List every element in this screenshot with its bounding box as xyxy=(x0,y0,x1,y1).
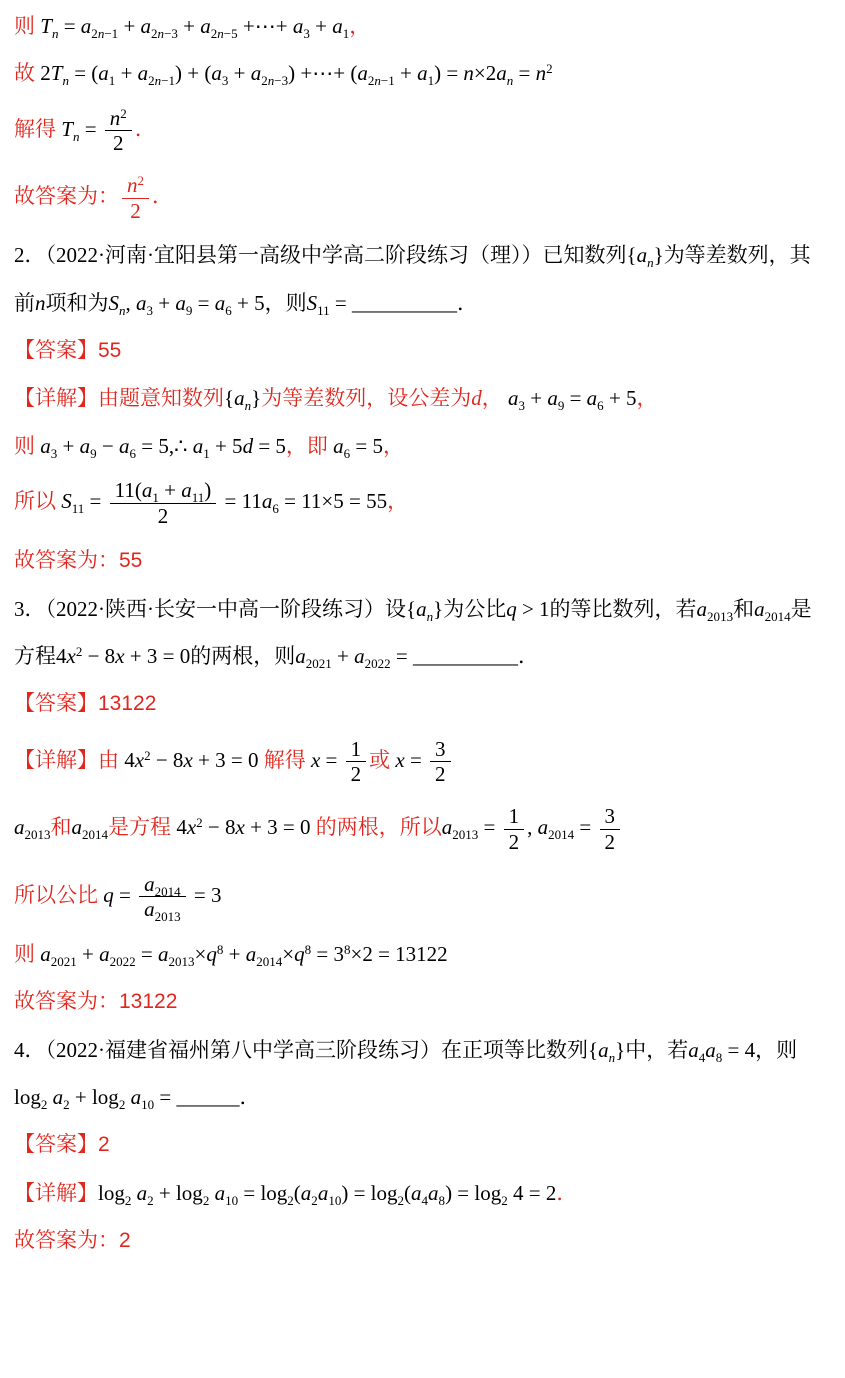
math-run: a4a8 = 4 xyxy=(688,1038,755,1062)
subscript: n xyxy=(52,26,59,41)
math-variable: a xyxy=(99,942,110,966)
math-variable: a xyxy=(333,434,344,458)
text-run: __________． xyxy=(352,291,478,315)
text-run: 2．（2022·河南·宜阳县第一高级中学高二阶段练习（理））已知数列 xyxy=(14,243,626,267)
math-run: x = xyxy=(390,748,427,772)
text-run: 所以 xyxy=(14,489,56,513)
text-run: __________． xyxy=(413,644,539,668)
fraction-numerator: 11(a1 + a11) xyxy=(110,479,217,504)
math-variable: a xyxy=(81,14,92,38)
math-variable: x xyxy=(183,748,192,772)
subscript: 11 xyxy=(72,501,85,516)
math-run: a2013 = xyxy=(442,815,501,839)
subscript: 6 xyxy=(344,446,351,461)
math-variable: a xyxy=(354,644,365,668)
subscript: n xyxy=(647,255,654,270)
math-variable: x xyxy=(135,748,144,772)
document-line: 解得 Tn = n22． xyxy=(14,107,829,155)
fraction: n22 xyxy=(122,174,149,222)
text-run: 项和为 xyxy=(46,291,109,315)
document-line: 故答案为：13122 xyxy=(14,987,829,1016)
subscript: 1 xyxy=(428,73,435,88)
math-variable: a xyxy=(175,291,186,315)
document-line: 【答案】2 xyxy=(14,1130,829,1159)
math-variable: a xyxy=(53,1085,64,1109)
text-run: 故答案为： xyxy=(14,184,119,208)
subscript: 3 xyxy=(51,446,58,461)
math-variable: T xyxy=(61,117,73,141)
superscript: 2 xyxy=(76,644,83,659)
superscript: 2 xyxy=(546,61,553,76)
subscript: 2013 xyxy=(707,609,733,624)
text-run: 55 xyxy=(119,549,142,572)
math-variable: a xyxy=(98,61,109,85)
fraction-numerator: n2 xyxy=(122,174,149,199)
document-line: 【详解】log2 a2 + log2 a10 = log2(a2a10) = l… xyxy=(14,1179,829,1207)
subscript: 2022 xyxy=(110,954,136,969)
document-line: 方程4x2 − 8x + 3 = 0的两根，则a2021 + a2022 = _… xyxy=(14,642,829,670)
fraction-denominator: 2 xyxy=(504,830,525,854)
text-run: 3．（2022·陕西·长安一中高一阶段练习）设 xyxy=(14,597,406,621)
subscript: n xyxy=(245,398,252,413)
subscript: 11 xyxy=(192,490,205,505)
text-run: 则 xyxy=(14,14,35,38)
document-line: 所以 S11 = 11(a1 + a11)2 = 11a6 = 11×5 = 5… xyxy=(14,479,829,527)
fraction-denominator: 2 xyxy=(110,504,217,528)
subscript: 1 xyxy=(152,490,159,505)
subscript: 2 xyxy=(63,1097,70,1112)
text-run: 是方程 xyxy=(108,815,171,839)
math-run: 4x2 − 8x + 3 = 0 xyxy=(56,644,190,668)
text-run: 所以公比 xyxy=(14,882,98,906)
document-line: 故答案为：2 xyxy=(14,1226,829,1255)
math-run: Tn = xyxy=(56,117,102,141)
text-run: ． xyxy=(152,184,173,208)
math-variable: a xyxy=(80,434,91,458)
subscript: 2014 xyxy=(256,954,282,969)
math-variable: a xyxy=(215,1181,226,1205)
text-run: 是 xyxy=(791,597,812,621)
subscript: 2014 xyxy=(155,883,181,898)
document-line: 故答案为：n22． xyxy=(14,174,829,222)
text-run: 4．（2022·福建省福州第八中学高三阶段练习）在正项等比数列 xyxy=(14,1038,588,1062)
text-run: 解得 xyxy=(14,117,56,141)
subscript: 6 xyxy=(272,501,279,516)
text-run: 的两根，所以 xyxy=(316,815,442,839)
text-run: 55 xyxy=(98,339,121,362)
subscript: 2 xyxy=(398,1193,405,1208)
math-variable: a xyxy=(428,1181,439,1205)
text-run: 13122 xyxy=(119,990,177,1013)
math-variable: x xyxy=(115,644,124,668)
superscript: 2 xyxy=(138,173,145,188)
document-line: 则 a2021 + a2022 = a2013×q8 + a2014×q8 = … xyxy=(14,940,829,968)
fraction-numerator: 3 xyxy=(600,805,621,830)
text-run: 2 xyxy=(119,1229,131,1252)
subscript: 2n−1 xyxy=(148,73,175,88)
text-run: ． xyxy=(556,1181,577,1205)
math-variable: a xyxy=(318,1181,329,1205)
subscript: 2n−1 xyxy=(368,73,395,88)
superscript: 2 xyxy=(120,106,127,121)
document-line: 故答案为：55 xyxy=(14,546,829,575)
subscript: 2n−3 xyxy=(151,26,178,41)
subscript: 3 xyxy=(222,73,229,88)
fraction-denominator: a2013 xyxy=(139,897,186,921)
text-run: 和 xyxy=(51,815,72,839)
math-run: a2021 + a2022 = a2013×q8 + a2014×q8 = 38… xyxy=(35,942,448,966)
math-function: log xyxy=(92,1085,119,1109)
subscript: 6 xyxy=(129,446,136,461)
fraction-numerator: 3 xyxy=(430,738,451,763)
math-run: x = xyxy=(306,748,343,772)
math-run: q = xyxy=(98,882,136,906)
subscript: n xyxy=(119,303,126,318)
text-run: 故答案为： xyxy=(14,1228,119,1252)
superscript: 2 xyxy=(196,815,203,830)
text-run: 【详解】由题意知数列 xyxy=(14,386,224,410)
math-variable: a xyxy=(193,434,204,458)
math-variable: a xyxy=(416,597,427,621)
math-run: n xyxy=(35,291,46,315)
math-run: a3 + a9 − a6 = 5,∴ a1 + 5d = 5 xyxy=(35,434,286,458)
math-variable: x xyxy=(236,815,245,839)
text-run: 【答案】 xyxy=(14,691,98,715)
text-run: ， xyxy=(482,386,503,410)
fraction: 32 xyxy=(430,738,451,786)
text-run: ，则 xyxy=(265,291,307,315)
math-variable: n xyxy=(119,303,126,318)
math-variable: x xyxy=(67,644,76,668)
math-run: {an} xyxy=(588,1038,625,1062)
math-variable: a xyxy=(119,434,130,458)
math-run: log2 a2 + log2 a10 = xyxy=(14,1085,176,1109)
superscript: 2 xyxy=(144,748,151,763)
subscript: 2014 xyxy=(548,827,574,842)
document-line: a2013和a2014是方程 4x2 − 8x + 3 = 0 的两根，所以a2… xyxy=(14,805,829,853)
text-run: 即 xyxy=(307,434,328,458)
math-run: a6 = 5 xyxy=(328,434,383,458)
math-variable: a xyxy=(144,872,155,896)
math-variable: x xyxy=(311,748,320,772)
math-variable: a xyxy=(411,1181,422,1205)
subscript: n xyxy=(62,73,69,88)
math-variable: n xyxy=(427,609,434,624)
math-run: a2021 + a2022 = xyxy=(295,644,413,668)
math-variable: x xyxy=(187,815,196,839)
document-line: 【答案】13122 xyxy=(14,689,829,718)
superscript: 8 xyxy=(305,942,312,957)
math-function: log xyxy=(474,1181,501,1205)
math-variable: q xyxy=(506,597,517,621)
subscript: 2014 xyxy=(82,827,108,842)
math-variable: n xyxy=(647,255,654,270)
subscript: 3 xyxy=(147,303,154,318)
math-run: a2014 xyxy=(754,597,791,621)
math-variable: a xyxy=(215,291,226,315)
math-variable: a xyxy=(705,1038,716,1062)
subscript: 2021 xyxy=(51,954,77,969)
document-line: 3．（2022·陕西·长安一中高一阶段练习）设{an}为公比q > 1的等比数列… xyxy=(14,595,829,623)
text-run: 为等差数列，其 xyxy=(664,243,811,267)
math-variable: a xyxy=(637,243,648,267)
subscript: 2013 xyxy=(452,827,478,842)
fraction: a2014a2013 xyxy=(139,873,186,921)
subscript: 2 xyxy=(203,1193,210,1208)
math-variable: a xyxy=(211,61,222,85)
subscript: 2 xyxy=(119,1097,126,1112)
math-variable: n xyxy=(536,61,547,85)
document-line: 4．（2022·福建省福州第八中学高三阶段练习）在正项等比数列{an}中，若a4… xyxy=(14,1036,829,1064)
subscript: 2 xyxy=(287,1193,294,1208)
math-variable: S xyxy=(307,291,318,315)
subscript: 10 xyxy=(141,1097,154,1112)
subscript: 2 xyxy=(147,1193,154,1208)
text-run: 【详解】 xyxy=(14,1181,98,1205)
text-run: 故 xyxy=(14,61,35,85)
math-variable: q xyxy=(294,942,305,966)
math-run: = 3 xyxy=(189,882,222,906)
subscript: n xyxy=(609,1049,616,1064)
subscript: 10 xyxy=(328,1193,341,1208)
math-variable: a xyxy=(598,1038,609,1062)
math-variable: n xyxy=(73,129,80,144)
math-function: log xyxy=(371,1181,398,1205)
document-line: 【详解】由 4x2 − 8x + 3 = 0 解得 x = 12或 x = 32 xyxy=(14,738,829,786)
subscript: 3 xyxy=(518,398,525,413)
subscript: 2013 xyxy=(169,954,195,969)
math-function: log xyxy=(176,1181,203,1205)
text-run: 故答案为： xyxy=(14,548,119,572)
math-variable: n xyxy=(110,106,121,130)
document-line: 故 2Tn = (a1 + a2n−1) + (a3 + a2n−3) +⋯+ … xyxy=(14,59,829,87)
subscript: 2022 xyxy=(365,656,391,671)
math-run: 4x2 − 8x + 3 = 0 xyxy=(119,748,264,772)
text-run: 【详解】由 xyxy=(14,748,119,772)
math-variable: a xyxy=(417,61,428,85)
math-variable: n xyxy=(158,26,165,41)
subscript: 2013 xyxy=(155,909,181,924)
subscript: 2n−3 xyxy=(261,73,288,88)
math-variable: d xyxy=(243,434,254,458)
math-variable: n xyxy=(374,73,381,88)
math-variable: q xyxy=(103,882,114,906)
text-run: ______． xyxy=(176,1085,260,1109)
math-variable: n xyxy=(245,398,252,413)
math-run: 2Tn = (a1 + a2n−1) + (a3 + a2n−3) +⋯+ (a… xyxy=(35,61,553,85)
subscript: 2 xyxy=(125,1193,132,1208)
text-run: 故答案为： xyxy=(14,989,119,1013)
math-run: 4x2 − 8x + 3 = 0 xyxy=(171,815,316,839)
text-run: 为等差数列，设公差为 xyxy=(261,386,471,410)
subscript: n xyxy=(427,609,434,624)
math-variable: a xyxy=(697,597,708,621)
subscript: 9 xyxy=(186,303,193,318)
math-variable: a xyxy=(357,61,368,85)
math-variable: n xyxy=(62,73,69,88)
subscript: 2n−5 xyxy=(211,26,238,41)
math-variable: a xyxy=(442,815,453,839)
math-variable: a xyxy=(181,478,192,502)
superscript: 8 xyxy=(217,942,224,957)
subscript: 8 xyxy=(716,1049,723,1064)
math-variable: n xyxy=(217,26,224,41)
math-variable: x xyxy=(395,748,404,772)
math-variable: a xyxy=(301,1181,312,1205)
math-run: a2013 xyxy=(14,815,51,839)
text-run: 中，若 xyxy=(625,1038,688,1062)
fraction-numerator: n2 xyxy=(105,107,132,132)
math-run: a2013 xyxy=(697,597,734,621)
math-variable: a xyxy=(262,489,273,513)
math-variable: n xyxy=(127,173,138,197)
text-run: 【答案】 xyxy=(14,338,98,362)
subscript: n xyxy=(507,73,514,88)
math-variable: a xyxy=(688,1038,699,1062)
subscript: 2014 xyxy=(765,609,791,624)
math-variable: a xyxy=(508,386,519,410)
math-variable: a xyxy=(587,386,598,410)
fraction-denominator: 2 xyxy=(122,199,149,223)
math-variable: a xyxy=(158,942,169,966)
math-variable: a xyxy=(200,14,211,38)
text-run: 为公比 xyxy=(443,597,506,621)
text-run: 2 xyxy=(98,1133,110,1156)
text-run: 和 xyxy=(733,597,754,621)
subscript: 2013 xyxy=(25,827,51,842)
math-variable: a xyxy=(251,61,262,85)
math-variable: a xyxy=(295,644,306,668)
fraction-numerator: a2014 xyxy=(139,873,186,898)
math-variable: q xyxy=(206,942,217,966)
document-line: log2 a2 + log2 a10 = ______． xyxy=(14,1083,829,1111)
text-run: ， xyxy=(286,434,307,458)
math-variable: a xyxy=(754,597,765,621)
subscript: 1 xyxy=(109,73,116,88)
text-run: 则 xyxy=(14,434,35,458)
math-variable: T xyxy=(51,61,63,85)
fraction: 12 xyxy=(346,738,367,786)
subscript: 11 xyxy=(317,303,330,318)
math-variable: a xyxy=(246,942,257,966)
text-run: ， xyxy=(383,434,404,458)
math-function: log xyxy=(98,1181,125,1205)
document-line: 则 a3 + a9 − a6 = 5,∴ a1 + 5d = 5，即 a6 = … xyxy=(14,432,829,460)
math-variable: a xyxy=(138,61,149,85)
math-variable: n xyxy=(98,26,105,41)
math-run: {an} xyxy=(224,386,261,410)
subscript: 2 xyxy=(501,1193,508,1208)
subscript: n xyxy=(73,129,80,144)
document-line: 【答案】55 xyxy=(14,336,829,365)
document-body: 则 Tn = a2n−1 + a2n−3 + a2n−5 +⋯+ a3 + a1… xyxy=(14,12,829,1255)
subscript: 9 xyxy=(558,398,565,413)
math-variable: a xyxy=(137,1181,148,1205)
text-run: 方程 xyxy=(14,644,56,668)
fraction-numerator: 1 xyxy=(504,805,525,830)
subscript: 2n−1 xyxy=(91,26,118,41)
text-run: 的等比数列，若 xyxy=(550,597,697,621)
math-run: {an} xyxy=(626,243,663,267)
math-variable: a xyxy=(72,815,83,839)
subscript: 2021 xyxy=(306,656,332,671)
math-run: a2014 xyxy=(72,815,109,839)
superscript: 8 xyxy=(344,942,351,957)
math-variable: n xyxy=(35,291,46,315)
text-run: 的两根，则 xyxy=(190,644,295,668)
fraction-denominator: 2 xyxy=(346,762,367,786)
math-variable: a xyxy=(538,815,549,839)
document-line: 所以公比 q = a2014a2013 = 3 xyxy=(14,873,829,921)
document-line: 2．（2022·河南·宜阳县第一高级中学高二阶段练习（理））已知数列{an}为等… xyxy=(14,241,829,269)
math-run: = 11a6 = 11×5 = 55 xyxy=(219,489,387,513)
math-variable: T xyxy=(40,14,52,38)
math-run: log2 a2 + log2 a10 = log2(a2a10) = log2(… xyxy=(98,1181,556,1205)
math-variable: a xyxy=(136,291,147,315)
math-variable: a xyxy=(14,815,25,839)
fraction: 32 xyxy=(600,805,621,853)
text-run: ． xyxy=(135,117,156,141)
text-run: 13122 xyxy=(98,692,156,715)
fraction-denominator: 2 xyxy=(430,762,451,786)
subscript: 3 xyxy=(303,26,310,41)
math-variable: n xyxy=(155,73,162,88)
math-variable: n xyxy=(463,61,474,85)
math-function: log xyxy=(14,1085,41,1109)
math-run: {an} xyxy=(406,597,443,621)
text-run: ， xyxy=(349,14,370,38)
subscript: 6 xyxy=(597,398,604,413)
math-run: q > 1 xyxy=(506,597,549,621)
subscript: 2 xyxy=(41,1097,48,1112)
text-run: ， xyxy=(637,386,658,410)
document-line: 【详解】由题意知数列{an}为等差数列，设公差为d， a3 + a9 = a6 … xyxy=(14,384,829,412)
math-variable: S xyxy=(109,291,120,315)
document-page: 则 Tn = a2n−1 + a2n−3 + a2n−5 +⋯+ a3 + a1… xyxy=(0,0,845,1255)
math-variable: d xyxy=(471,386,482,410)
fraction-numerator: 1 xyxy=(346,738,367,763)
math-variable: n xyxy=(609,1049,616,1064)
math-variable: a xyxy=(332,14,343,38)
fraction-denominator: 2 xyxy=(105,131,132,155)
subscript: 8 xyxy=(439,1193,446,1208)
math-run: d xyxy=(471,386,482,410)
math-function: log xyxy=(260,1181,287,1205)
text-run: 前 xyxy=(14,291,35,315)
text-run: 或 xyxy=(369,748,390,772)
math-variable: a xyxy=(40,434,51,458)
subscript: 1 xyxy=(203,446,210,461)
math-variable: a xyxy=(142,478,153,502)
math-variable: n xyxy=(52,26,59,41)
fraction: 12 xyxy=(504,805,525,853)
math-variable: a xyxy=(141,14,152,38)
math-variable: a xyxy=(131,1085,142,1109)
text-run: 则 xyxy=(14,942,35,966)
document-line: 则 Tn = a2n−1 + a2n−3 + a2n−5 +⋯+ a3 + a1… xyxy=(14,12,829,40)
math-variable: a xyxy=(496,61,507,85)
math-variable: a xyxy=(234,386,245,410)
math-run: S11 = xyxy=(307,291,352,315)
math-variable: n xyxy=(507,73,514,88)
math-run: Tn = a2n−1 + a2n−3 + a2n−5 +⋯+ a3 + a1 xyxy=(35,14,349,38)
fraction: n22 xyxy=(105,107,132,155)
math-variable: a xyxy=(144,897,155,921)
math-run: , a2014 = xyxy=(527,815,596,839)
math-variable: a xyxy=(293,14,304,38)
fraction-denominator: 2 xyxy=(600,830,621,854)
text-run: 解得 xyxy=(264,748,306,772)
